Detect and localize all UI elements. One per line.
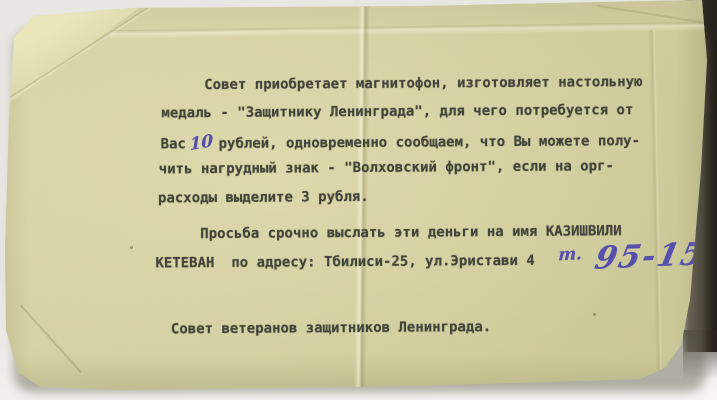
typed-line-7: КЕТЕВАН по адресу: Тбилиси-25, ул.Эриста… [155,253,534,272]
signature-line: Совет ветеранов защитников Ленинграда. [171,319,491,337]
typed-line-3-after: рублей, одновременно сообщаем, что Вы мо… [219,133,641,152]
paper-sheet: Совет приобретает магнитофон, изготовляе… [0,0,717,400]
typed-line-6: Просьба срочно выслать эти деньги на имя… [200,223,622,242]
typed-line-1: Совет приобретает магнитофон, изготовляе… [204,74,642,93]
typed-line-5: расходы выделите 3 рубля. [158,189,369,206]
photo-of-letter: Совет приобретает магнитофон, изготовляе… [0,0,717,400]
handwritten-amount: 10 [190,131,214,155]
typed-line-3: Вас10рублей, одновременно сообщаем, что … [161,130,641,153]
typed-line-4: чить нагрудный знак - "Волховский фронт"… [159,158,614,177]
typed-line-2: медаль - "Защитнику Ленинграда", для чег… [161,102,633,121]
typed-line-3-before: Вас [161,136,186,152]
handwritten-phone-prefix: т. [558,244,583,265]
letter-text: Совет приобретает магнитофон, изготовляе… [0,0,717,400]
